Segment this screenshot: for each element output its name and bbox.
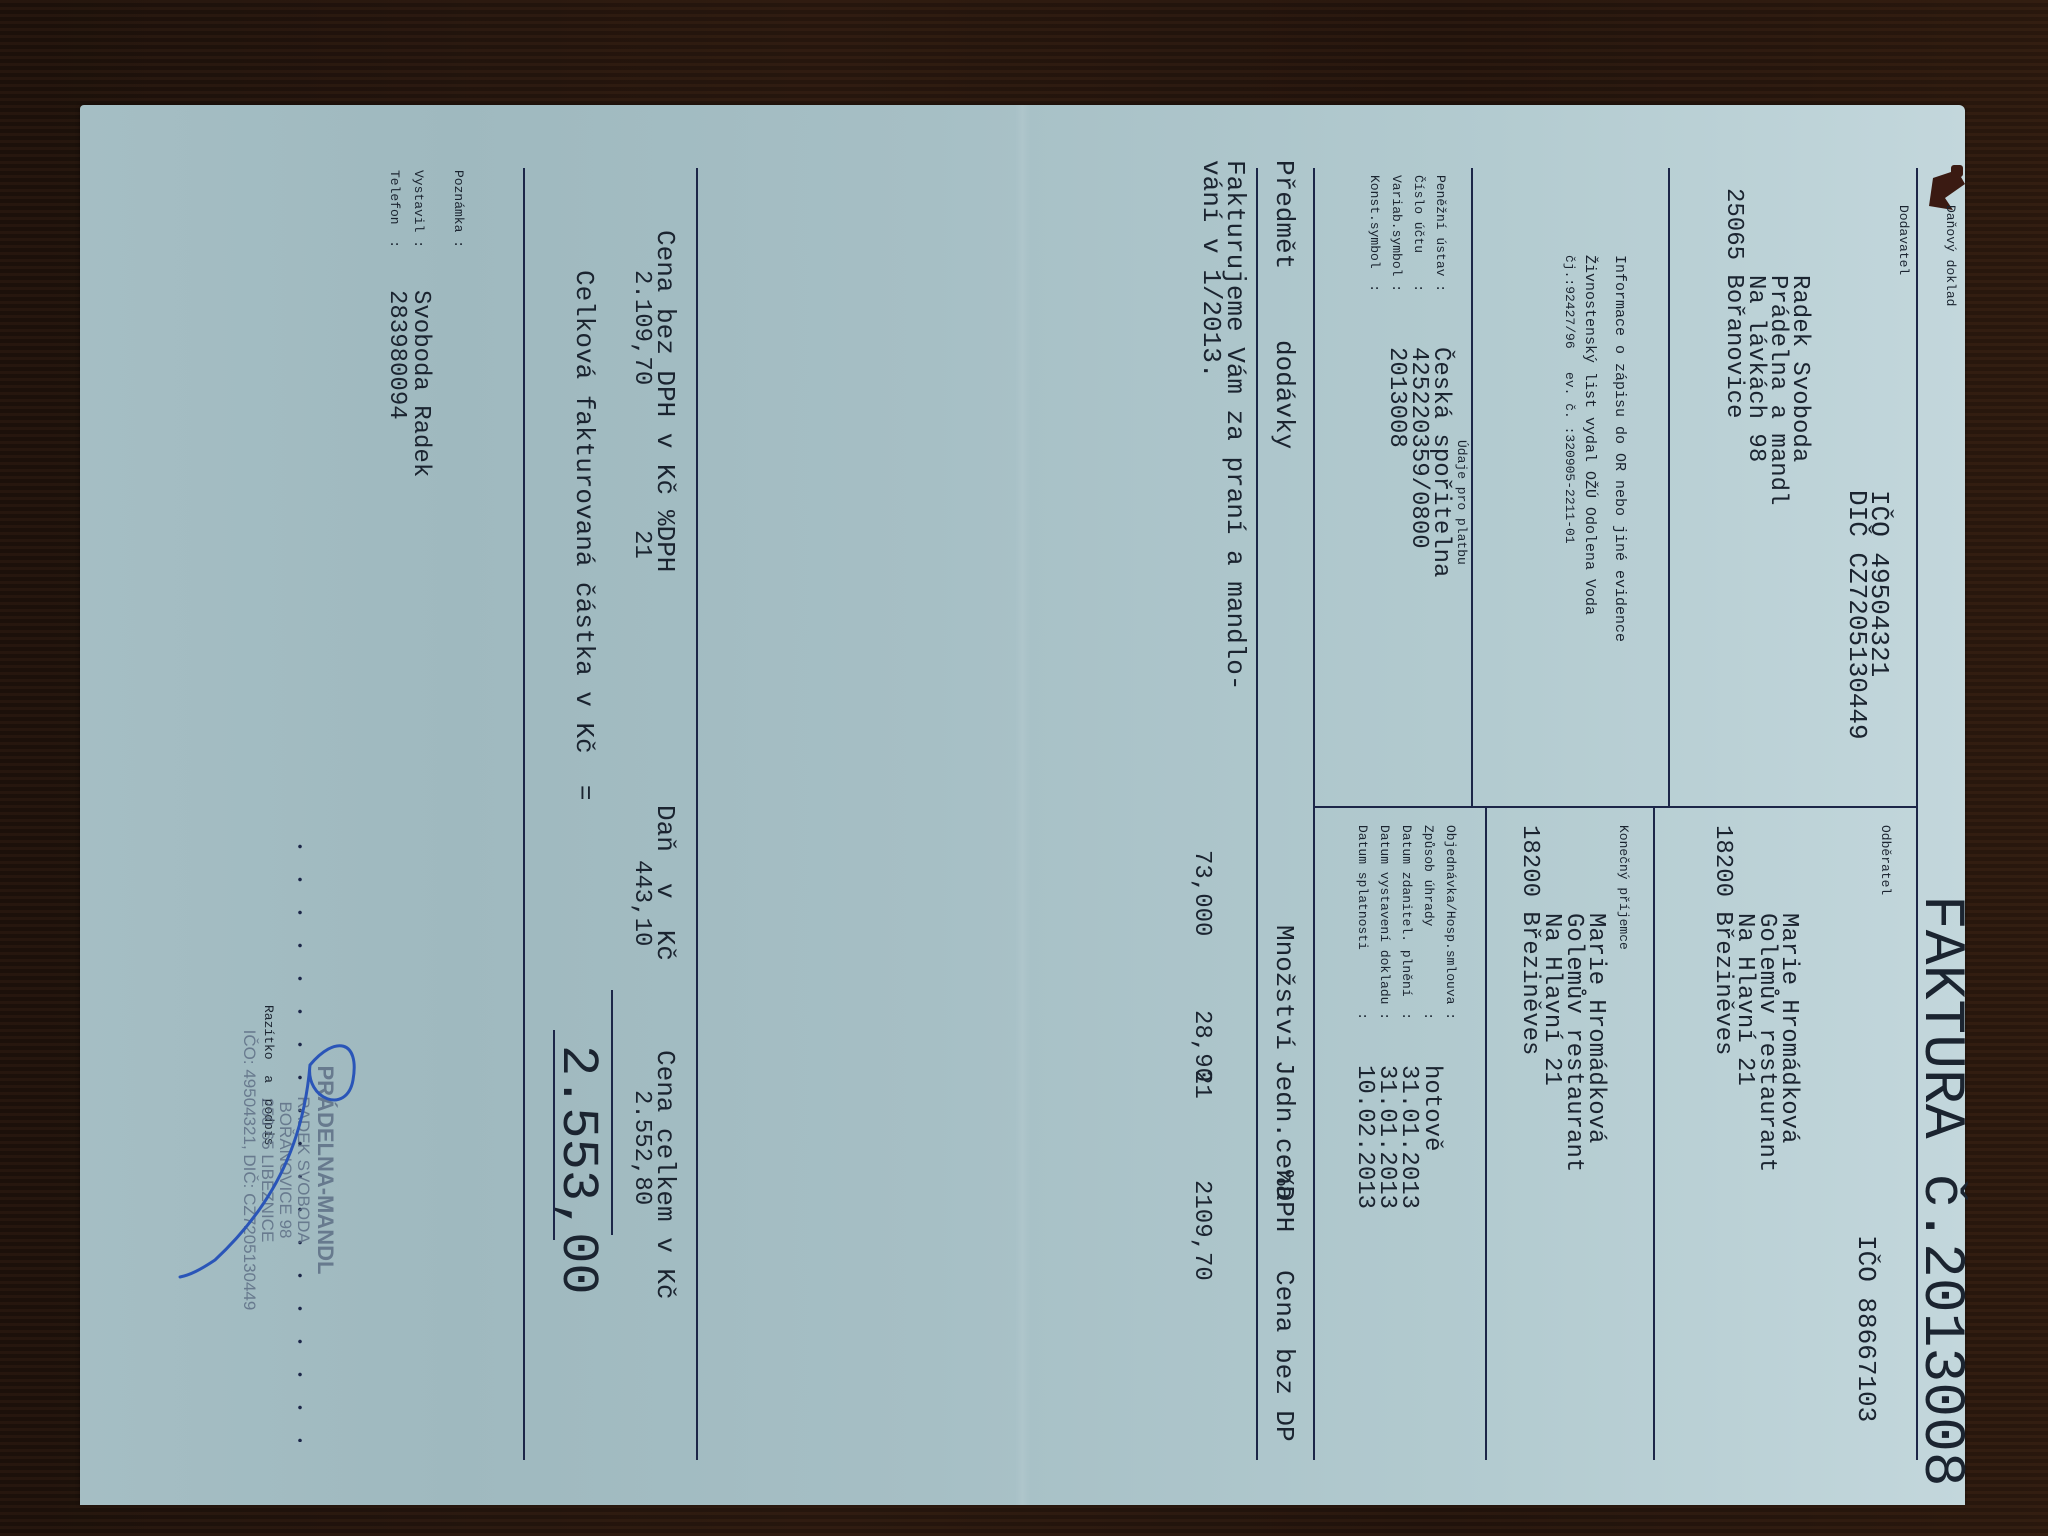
- items-header-subject2: dodávky: [1271, 340, 1297, 449]
- customer-ico: IČO 88667103: [1853, 1235, 1879, 1422]
- customer-label: Odběratel: [1879, 825, 1892, 895]
- summary-header-vat-pct: %DPH: [652, 510, 678, 572]
- supplier-dic: DIČ CZ7205130449: [1844, 490, 1870, 740]
- invoice-paper: Daňový doklad FAKTURA č.2013008 Dodavate…: [80, 105, 1965, 1505]
- payment-heading: Údaje pro platbu: [1455, 440, 1468, 565]
- paper-tear-small: [1951, 165, 1963, 177]
- payment-constsymbol-label: Konst.symbol :: [1368, 175, 1381, 292]
- document-type-label: Daňový doklad: [1944, 205, 1957, 306]
- payment-varsymbol-value: 2013008: [1384, 347, 1408, 448]
- rule-registration: [1471, 168, 1473, 806]
- items-header-price-ex-vat: Cena bez DP: [1271, 1270, 1297, 1442]
- summary-header-total: Cena celkem v Kč: [652, 1050, 678, 1300]
- final-recipient-label: Konečný příjemce: [1617, 825, 1630, 950]
- handwritten-signature: [165, 1005, 365, 1385]
- issued-by-label: Vystavil :: [412, 170, 425, 248]
- order-contract-label: Objednávka/Hosp.smlouva :: [1444, 825, 1457, 1020]
- items-header-vat-pct: %DPH: [1271, 1170, 1297, 1232]
- summary-vat-pct-value: 21: [629, 530, 653, 559]
- due-date-value: 10.02.2013: [1352, 1065, 1376, 1209]
- invoice-title: FAKTURA č.2013008: [1911, 895, 1969, 1487]
- rule-items-top: [1313, 168, 1315, 1460]
- items-header-subject: Předmět: [1271, 160, 1297, 269]
- grand-total-label: Celková fakturovaná částka v Kč =: [571, 270, 597, 801]
- summary-vat-value: 443,10: [629, 860, 653, 946]
- supplier-label: Dodavatel: [1897, 205, 1910, 275]
- due-date-label: Datum splatnosti :: [1356, 825, 1369, 1020]
- registration-heading: Informace o zápisu do OR nebo jiné evide…: [1612, 255, 1627, 642]
- item-quantity: 73,000: [1189, 850, 1213, 936]
- rule-customer: [1653, 806, 1655, 1460]
- summary-base-value: 2.109,70: [629, 270, 653, 385]
- rule-total-over: [611, 990, 613, 1235]
- rule-summary-top: [696, 168, 698, 1460]
- supplier-city: 25065 Bořanovice: [1721, 188, 1745, 418]
- tax-date-label: Datum zdanitel. plnění :: [1400, 825, 1413, 1020]
- summary-header-base: Cena bez DPH v Kč: [652, 230, 678, 495]
- rule-total-under: [553, 1030, 555, 1240]
- issue-date-label: Datum vystavení dokladu :: [1378, 825, 1391, 1020]
- payment-method-label: Způsob úhrady :: [1422, 825, 1435, 1020]
- rule-items-header: [1256, 168, 1258, 1460]
- rule-final-recipient: [1485, 806, 1487, 1460]
- payment-bank-label: Peněžní ústav :: [1434, 175, 1447, 292]
- payment-varsymbol-label: Variab.symbol :: [1390, 175, 1403, 292]
- phone-value: 283980094: [384, 290, 408, 420]
- phone-label: Telefon :: [388, 170, 401, 248]
- items-header-quantity: Množství: [1271, 925, 1297, 1050]
- issued-by-value: Svoboda Radek: [408, 290, 432, 477]
- summary-header-vat: Daň v Kč: [652, 805, 678, 961]
- final-recipient-city: 18200 Březiněves: [1517, 825, 1541, 1055]
- item-description-line2: vání v 1/2013.: [1198, 160, 1224, 378]
- payment-account-label: Číslo účtu :: [1412, 175, 1425, 292]
- grand-total-value: 2.553,00: [551, 1045, 603, 1295]
- customer-city: 18200 Březiněves: [1710, 825, 1734, 1055]
- rule-supplier: [1668, 168, 1670, 806]
- registration-line2: čj.:92427/96 ev. č. :320905-2211-01: [1563, 255, 1576, 544]
- rule-top: [1916, 168, 1918, 1460]
- note-label: Poznámka :: [452, 170, 465, 248]
- rule-divider-vertical: [1315, 806, 1918, 808]
- rule-summary-bottom: [523, 168, 525, 1460]
- item-price-ex-vat: 2109,70: [1189, 1180, 1213, 1281]
- summary-total-value: 2.552,80: [629, 1090, 653, 1205]
- payment-method-value: hotově: [1419, 1065, 1443, 1151]
- registration-line1: Živnostenský list vydal OŽÚ Odolena Voda: [1582, 255, 1597, 615]
- item-vat-pct: 21: [1189, 1070, 1213, 1099]
